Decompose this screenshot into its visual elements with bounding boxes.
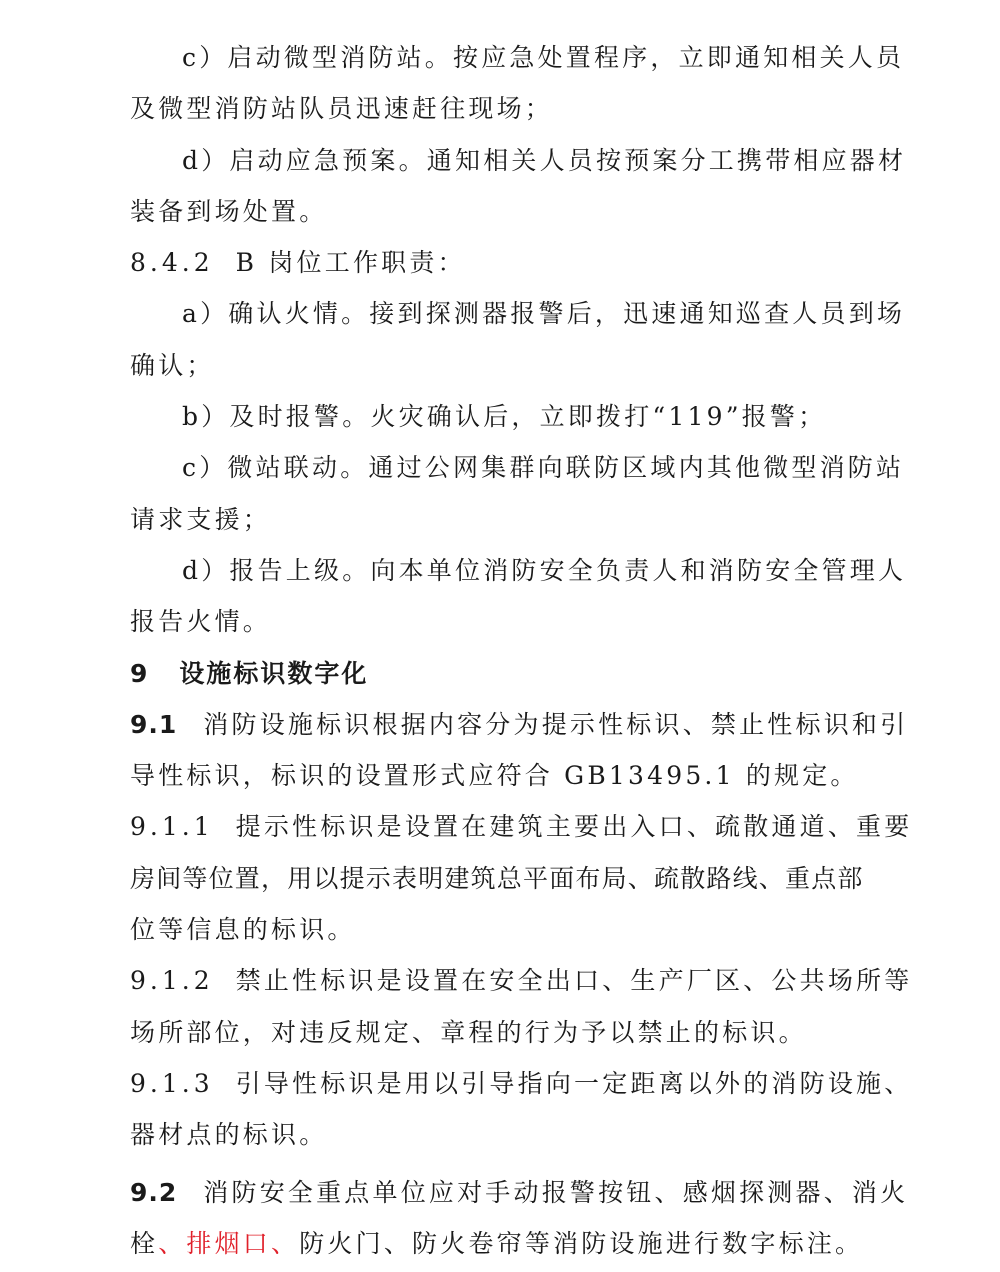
section-9-1-3-line1: 9.1.3引导性标识是用以引导指向一定距离以外的消防设施、 xyxy=(130,1058,870,1109)
section-text-pre: 栓 xyxy=(130,1229,158,1258)
section-9-1-line2: 导性标识，标识的设置形式应符合 GB13495.1 的规定。 xyxy=(130,750,870,801)
paragraph-c-start-station-line1: c）启动微型消防站。按应急处置程序，立即通知相关人员 xyxy=(130,32,870,83)
section-9-1-1-line2: 房间等位置，用以提示表明建筑总平面布局、疏散路线、重点部 xyxy=(130,853,870,904)
item-d-report-superior-line1: d）报告上级。向本单位消防安全负责人和消防安全管理人 xyxy=(130,545,870,596)
section-text: 禁止性标识是设置在安全出口、生产厂区、公共场所等 xyxy=(236,966,913,995)
section-text: 消防设施标识根据内容分为提示性标识、禁止性标识和引 xyxy=(203,710,908,739)
section-9-1-1-line3: 位等信息的标识。 xyxy=(130,904,870,955)
item-a-confirm-fire-line1: a）确认火情。接到探测器报警后，迅速通知巡查人员到场 xyxy=(130,288,870,339)
section-8-4-2-heading: 8.4.2B 岗位工作职责： xyxy=(130,237,870,288)
section-number: 9.1.1 xyxy=(130,812,214,841)
section-title: B 岗位工作职责： xyxy=(236,248,466,277)
item-a-confirm-fire-line2: 确认； xyxy=(130,340,870,391)
section-number: 9.1.2 xyxy=(130,966,214,995)
item-d-report-superior-line2: 报告火情。 xyxy=(130,596,870,647)
section-text: 消防安全重点单位应对手动报警按钮、感烟探测器、消火 xyxy=(203,1178,908,1207)
section-number: 9.1 xyxy=(130,710,177,739)
section-text: 提示性标识是设置在建筑主要出入口、疏散通道、重要 xyxy=(236,812,913,841)
item-b-report-alarm: b）及时报警。火灾确认后，立即拨打“119”报警； xyxy=(130,391,870,442)
section-9-1-line1: 9.1消防设施标识根据内容分为提示性标识、禁止性标识和引 xyxy=(130,699,870,750)
section-number: 9 xyxy=(130,659,149,688)
document-page: c）启动微型消防站。按应急处置程序，立即通知相关人员 及微型消防站队员迅速赶往现… xyxy=(130,32,870,1269)
paragraph-d-start-plan-line1: d）启动应急预案。通知相关人员按预案分工携带相应器材 xyxy=(130,135,870,186)
highlighted-text-smoke-exhaust: 、排烟口、 xyxy=(158,1229,299,1258)
section-9-1-3-line2: 器材点的标识。 xyxy=(130,1109,870,1160)
section-9-heading: 9设施标识数字化 xyxy=(130,648,870,699)
section-9-1-2-line1: 9.1.2禁止性标识是设置在安全出口、生产厂区、公共场所等 xyxy=(130,955,870,1006)
paragraph-d-start-plan-line2: 装备到场处置。 xyxy=(130,186,870,237)
section-text-post: 防火门、防火卷帘等消防设施进行数字标注。 xyxy=(299,1229,863,1258)
section-9-1-1-line1: 9.1.1提示性标识是设置在建筑主要出入口、疏散通道、重要 xyxy=(130,801,870,852)
section-number: 8.4.2 xyxy=(130,248,214,277)
section-9-2-line1: 9.2消防安全重点单位应对手动报警按钮、感烟探测器、消火 xyxy=(130,1167,870,1218)
section-number: 9.2 xyxy=(130,1178,177,1207)
section-number: 9.1.3 xyxy=(130,1069,214,1098)
item-c-station-linkage-line1: c）微站联动。通过公网集群向联防区域内其他微型消防站 xyxy=(130,442,870,493)
section-9-2-line2: 栓、排烟口、防火门、防火卷帘等消防设施进行数字标注。 xyxy=(130,1218,870,1269)
item-c-station-linkage-line2: 请求支援； xyxy=(130,494,870,545)
paragraph-c-start-station-line2: 及微型消防站队员迅速赶往现场； xyxy=(130,83,870,134)
section-text: 引导性标识是用以引导指向一定距离以外的消防设施、 xyxy=(236,1069,913,1098)
section-9-1-2-line2: 场所部位，对违反规定、章程的行为予以禁止的标识。 xyxy=(130,1007,870,1058)
section-title: 设施标识数字化 xyxy=(179,659,368,688)
